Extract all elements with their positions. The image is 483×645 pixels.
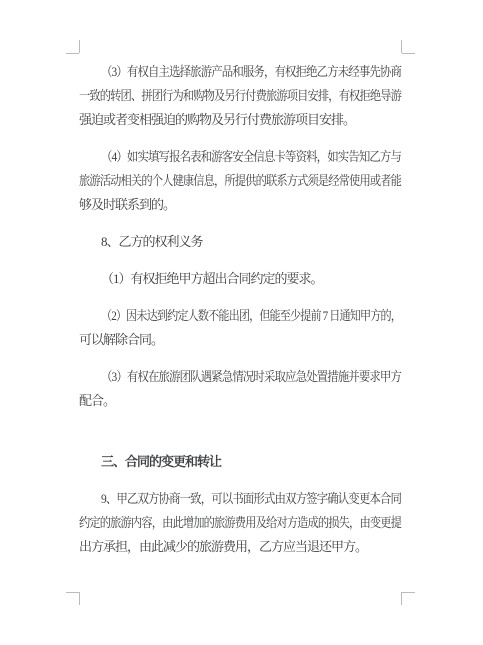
text-line: （3）有权自主选择旅游产品和服务，有权拒绝乙方未经事先协商	[79, 60, 401, 84]
paragraph: （1）有权拒绝甲方超出合同约定的要求。	[79, 267, 401, 291]
text-line: 够及时联系到的。	[79, 193, 401, 217]
crop-mark-bottom-right-vertical	[401, 592, 402, 605]
text-line: （3）有权在旅游团队遇紧急情况时采取应急处置措施并要求甲方	[79, 365, 401, 389]
crop-mark-top-right-horizontal	[402, 53, 415, 54]
section-heading: 三、合同的变更和转让	[79, 450, 401, 474]
text-line: （1）有权拒绝甲方超出合同约定的要求。	[79, 267, 401, 291]
paragraph: 8、乙方的权利义务	[79, 230, 401, 254]
crop-mark-bottom-left-horizontal	[66, 592, 79, 593]
text-line: 约定的旅游内容，由此增加的旅游费用及给对方造成的损失，由变更提	[79, 511, 401, 535]
crop-mark-top-right-vertical	[401, 40, 402, 53]
text-line: 强迫或者变相强迫的购物及另行付费旅游项目安排。	[79, 108, 401, 132]
text-line: （2）因未达到约定人数不能出团，但能至少提前 7 日通知甲方的，	[79, 304, 401, 328]
text-line: 8、乙方的权利义务	[79, 230, 401, 254]
crop-mark-top-left-vertical	[79, 40, 80, 53]
crop-mark-bottom-right-horizontal	[402, 592, 415, 593]
crop-mark-bottom-left-vertical	[79, 592, 80, 605]
text-line: 出方承担，由此减少的旅游费用，乙方应当退还甲方。	[79, 535, 401, 559]
text-line: 三、合同的变更和转让	[79, 450, 401, 474]
document-page[interactable]: （3）有权自主选择旅游产品和服务，有权拒绝乙方未经事先协商一致的转团、拼团行为和…	[0, 0, 483, 645]
text-line: 配合。	[79, 389, 401, 413]
text-line: 可以解除合同。	[79, 328, 401, 352]
document-body[interactable]: （3）有权自主选择旅游产品和服务，有权拒绝乙方未经事先协商一致的转团、拼团行为和…	[79, 53, 401, 572]
text-line: 9、甲乙双方协商一致，可以书面形式由双方签字确认变更本合同	[79, 487, 401, 511]
paragraph: 9、甲乙双方协商一致，可以书面形式由双方签字确认变更本合同约定的旅游内容，由此增…	[79, 487, 401, 559]
text-line: 旅游活动相关的个人健康信息，所提供的联系方式须是经常使用或者能	[79, 169, 401, 193]
paragraph: （3）有权在旅游团队遇紧急情况时采取应急处置措施并要求甲方配合。	[79, 365, 401, 413]
paragraph: （2）因未达到约定人数不能出团，但能至少提前 7 日通知甲方的，可以解除合同。	[79, 304, 401, 352]
paragraph: （4）如实填写报名表和游客安全信息卡等资料，如实告知乙方与旅游活动相关的个人健康…	[79, 145, 401, 217]
text-line: 一致的转团、拼团行为和购物及另行付费旅游项目安排，有权拒绝导游	[79, 84, 401, 108]
crop-mark-top-left-horizontal	[66, 53, 79, 54]
paragraph: （3）有权自主选择旅游产品和服务，有权拒绝乙方未经事先协商一致的转团、拼团行为和…	[79, 60, 401, 132]
text-line: （4）如实填写报名表和游客安全信息卡等资料，如实告知乙方与	[79, 145, 401, 169]
